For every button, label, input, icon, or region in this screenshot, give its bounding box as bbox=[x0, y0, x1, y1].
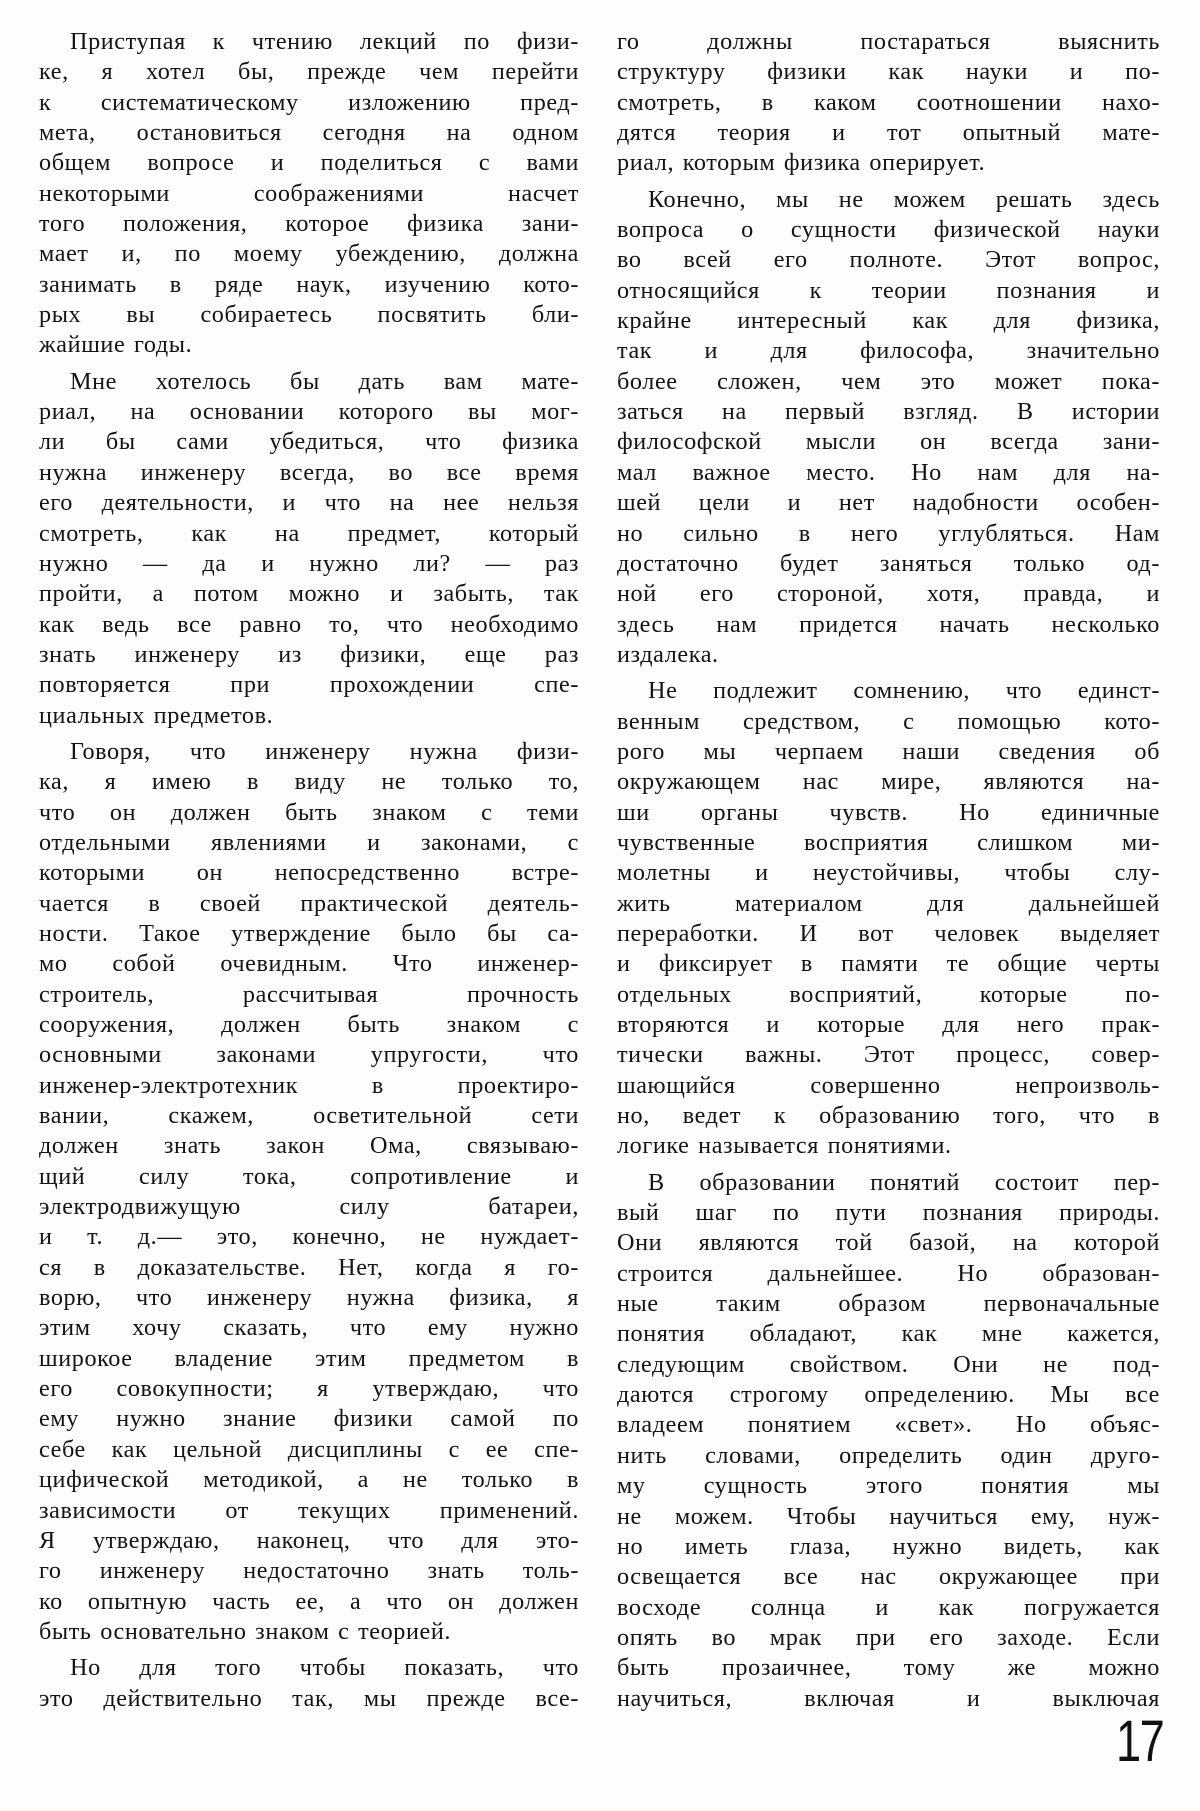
text-line: нужно — да и нужно ли? — раз bbox=[39, 549, 579, 579]
text-line: структуру физики как науки и по- bbox=[617, 57, 1160, 87]
text-line: что он должен быть знаком с теми bbox=[39, 798, 579, 828]
text-line: быть основательно знаком с теорией. bbox=[39, 1617, 579, 1647]
text-line: венным средством, с помощью кото- bbox=[617, 707, 1160, 737]
text-line: ворю, что инженеру нужна физика, я bbox=[39, 1283, 579, 1313]
text-line: Я утверждаю, наконец, что для это- bbox=[39, 1526, 579, 1556]
text-line: рого мы черпаем наши сведения об bbox=[617, 737, 1160, 767]
text-line: нужна инженеру всегда, во все время bbox=[39, 458, 579, 488]
text-line: го инженеру недостаточно знать толь- bbox=[39, 1556, 579, 1586]
text-line: окружающем нас мире, являются на- bbox=[617, 767, 1160, 797]
text-line: себе как цельной дисциплины с ее спе- bbox=[39, 1435, 579, 1465]
text-line: не можем. Чтобы научиться ему, нуж- bbox=[617, 1502, 1160, 1532]
text-line: это действительно так, мы прежде все- bbox=[39, 1684, 579, 1714]
text-line: вопроса о сущности физической науки bbox=[617, 215, 1160, 245]
text-line: понятия обладают, как мне кажется, bbox=[617, 1319, 1160, 1349]
text-line: Говоря, что инженеру нужна физи- bbox=[39, 737, 579, 767]
paragraph: Но для того чтобы показать, чтоэто дейст… bbox=[39, 1653, 579, 1714]
text-line: циальных предметов. bbox=[39, 701, 579, 731]
text-line: Но для того чтобы показать, что bbox=[39, 1653, 579, 1683]
text-line: как ведь все равно то, что необходимо bbox=[39, 610, 579, 640]
text-line: рых вы собираетесь посвятить бли- bbox=[39, 300, 579, 330]
text-line: строитель, рассчитывая прочность bbox=[39, 980, 579, 1010]
text-line: широкое владение этим предметом в bbox=[39, 1344, 579, 1374]
text-line: достаточно будет заняться только од- bbox=[617, 549, 1160, 579]
text-line: но сильно в него углубляться. Нам bbox=[617, 519, 1160, 549]
text-line: переработки. И вот человек выделяет bbox=[617, 919, 1160, 949]
text-line: зависимости от текущих применений. bbox=[39, 1496, 579, 1526]
text-line: должен знать закон Ома, связываю- bbox=[39, 1131, 579, 1161]
text-line: восходе солнца и как погружается bbox=[617, 1593, 1160, 1623]
paragraph: го должны постараться выяснитьструктуру … bbox=[617, 27, 1160, 179]
text-line: шающийся совершенно непроизволь- bbox=[617, 1071, 1160, 1101]
text-line: освещается все нас окружающее при bbox=[617, 1562, 1160, 1592]
text-line: смотреть, в каком соотношении нахо- bbox=[617, 88, 1160, 118]
text-line: но иметь глаза, нужно видеть, как bbox=[617, 1532, 1160, 1562]
text-line: заться на первый взгляд. В истории bbox=[617, 397, 1160, 427]
text-line: нить словами, определить один друго- bbox=[617, 1441, 1160, 1471]
text-line: ные таким образом первоначальные bbox=[617, 1289, 1160, 1319]
text-line: ши органы чувств. Но единичные bbox=[617, 798, 1160, 828]
text-line: мает и, по моему убеждению, должна bbox=[39, 239, 579, 269]
text-line: ли бы сами убедиться, что физика bbox=[39, 427, 579, 457]
text-line: занимать в ряде наук, изучению кото- bbox=[39, 270, 579, 300]
text-line: общем вопросе и поделиться с вами bbox=[39, 148, 579, 178]
text-line: Конечно, мы не можем решать здесь bbox=[617, 185, 1160, 215]
text-line: владеем понятием «свет». Но объяс- bbox=[617, 1410, 1160, 1440]
left-column: Приступая к чтению лекций по физи-ке, я … bbox=[39, 27, 579, 1720]
text-line: щий силу тока, сопротивление и bbox=[39, 1162, 579, 1192]
right-column: го должны постараться выяснитьструктуру … bbox=[617, 27, 1160, 1720]
text-line: сооружения, должен быть знаком с bbox=[39, 1010, 579, 1040]
text-line: того положения, которое физика зани- bbox=[39, 209, 579, 239]
text-line: смотреть, как на предмет, который bbox=[39, 519, 579, 549]
text-line: чается в своей практической деятель- bbox=[39, 889, 579, 919]
text-line: го должны постараться выяснить bbox=[617, 27, 1160, 57]
text-line: Они являются той базой, на которой bbox=[617, 1228, 1160, 1258]
text-line: во всей его полноте. Этот вопрос, bbox=[617, 245, 1160, 275]
paragraph: Говоря, что инженеру нужна физи-ка, я им… bbox=[39, 737, 579, 1647]
text-line: мо собой очевидным. Что инженер- bbox=[39, 949, 579, 979]
text-line: ности. Такое утверждение было бы са- bbox=[39, 919, 579, 949]
text-line: вый шаг по пути познания природы. bbox=[617, 1198, 1160, 1228]
text-line: тически важны. Этот процесс, совер- bbox=[617, 1040, 1160, 1070]
text-line: Приступая к чтению лекций по физи- bbox=[39, 27, 579, 57]
text-line: риал, на основании которого вы мог- bbox=[39, 397, 579, 427]
text-line: вторяются и которые для него прак- bbox=[617, 1010, 1160, 1040]
text-line: ке, я хотел бы, прежде чем перейти bbox=[39, 57, 579, 87]
text-line: научиться, включая и выключая bbox=[617, 1684, 1160, 1714]
text-line: отдельных восприятий, которые по- bbox=[617, 980, 1160, 1010]
text-line: ему нужно знание физики самой по bbox=[39, 1404, 579, 1434]
text-line: риал, которым физика оперирует. bbox=[617, 148, 1160, 178]
text-line: В образовании понятий состоит пер- bbox=[617, 1168, 1160, 1198]
text-line: логике называется понятиями. bbox=[617, 1131, 1160, 1161]
text-line: относящийся к теории познания и bbox=[617, 276, 1160, 306]
text-line: здесь нам придется начать несколько bbox=[617, 610, 1160, 640]
text-line: молетны и неустойчивы, чтобы слу- bbox=[617, 858, 1160, 888]
text-line: и фиксирует в памяти те общие черты bbox=[617, 949, 1160, 979]
text-line: вании, скажем, осветительной сети bbox=[39, 1101, 579, 1131]
text-line: повторяется при прохождении спе- bbox=[39, 670, 579, 700]
text-line: чувственные восприятия слишком ми- bbox=[617, 828, 1160, 858]
paragraph: В образовании понятий состоит пер-вый ша… bbox=[617, 1168, 1160, 1714]
text-line: даются строгому определению. Мы все bbox=[617, 1380, 1160, 1410]
text-line: дятся теория и тот опытный мате- bbox=[617, 118, 1160, 148]
text-line: крайне интересный как для физика, bbox=[617, 306, 1160, 336]
text-line: мета, остановиться сегодня на одном bbox=[39, 118, 579, 148]
page-number: 17 bbox=[1116, 1712, 1163, 1772]
paragraph: Не подлежит сомнению, что единст-венным … bbox=[617, 676, 1160, 1162]
text-line: его деятельности, и что на нее нельзя bbox=[39, 488, 579, 518]
text-line: и т. д.— это, конечно, не нуждает- bbox=[39, 1222, 579, 1252]
text-line: пройти, а потом можно и забыть, так bbox=[39, 579, 579, 609]
text-line: которыми он непосредственно встре- bbox=[39, 858, 579, 888]
text-line: знать инженеру из физики, еще раз bbox=[39, 640, 579, 670]
paragraph: Мне хотелось бы дать вам мате-риал, на о… bbox=[39, 367, 579, 731]
text-line: этим хочу сказать, что ему нужно bbox=[39, 1313, 579, 1343]
text-line: цифической методикой, а не только в bbox=[39, 1465, 579, 1495]
paragraph: Конечно, мы не можем решать здесьвопроса… bbox=[617, 185, 1160, 671]
text-line: ной его стороной, хотя, правда, и bbox=[617, 579, 1160, 609]
text-line: шей цели и нет надобности особен- bbox=[617, 488, 1160, 518]
paragraph: Приступая к чтению лекций по физи-ке, я … bbox=[39, 27, 579, 361]
text-line: но, ведет к образованию того, что в bbox=[617, 1101, 1160, 1131]
text-line: к систематическому изложению пред- bbox=[39, 88, 579, 118]
text-line: строится дальнейшее. Но образован- bbox=[617, 1259, 1160, 1289]
text-line: его совокупности; я утверждаю, что bbox=[39, 1374, 579, 1404]
text-line: жить материалом для дальнейшей bbox=[617, 889, 1160, 919]
text-line: философской мысли он всегда зани- bbox=[617, 427, 1160, 457]
text-line: так и для философа, значительно bbox=[617, 336, 1160, 366]
text-line: следующим свойством. Они не под- bbox=[617, 1350, 1160, 1380]
text-line: электродвижущую силу батареи, bbox=[39, 1192, 579, 1222]
text-line: ко опытную часть ее, а что он должен bbox=[39, 1587, 579, 1617]
text-line: основными законами упругости, что bbox=[39, 1040, 579, 1070]
text-line: опять во мрак при его заходе. Если bbox=[617, 1623, 1160, 1653]
text-line: ся в доказательстве. Нет, когда я го- bbox=[39, 1253, 579, 1283]
text-line: Не подлежит сомнению, что единст- bbox=[617, 676, 1160, 706]
text-line: му сущность этого понятия мы bbox=[617, 1471, 1160, 1501]
text-line: некоторыми соображениями насчет bbox=[39, 179, 579, 209]
text-line: ка, я имею в виду не только то, bbox=[39, 767, 579, 797]
text-line: быть прозаичнее, тому же можно bbox=[617, 1653, 1160, 1683]
text-line: более сложен, чем это может пока- bbox=[617, 367, 1160, 397]
text-line: отдельными явлениями и законами, с bbox=[39, 828, 579, 858]
text-line: мал важное место. Но нам для на- bbox=[617, 458, 1160, 488]
text-line: Мне хотелось бы дать вам мате- bbox=[39, 367, 579, 397]
text-line: издалека. bbox=[617, 640, 1160, 670]
text-line: инженер-электротехник в проектиро- bbox=[39, 1071, 579, 1101]
text-line: жайшие годы. bbox=[39, 330, 579, 360]
